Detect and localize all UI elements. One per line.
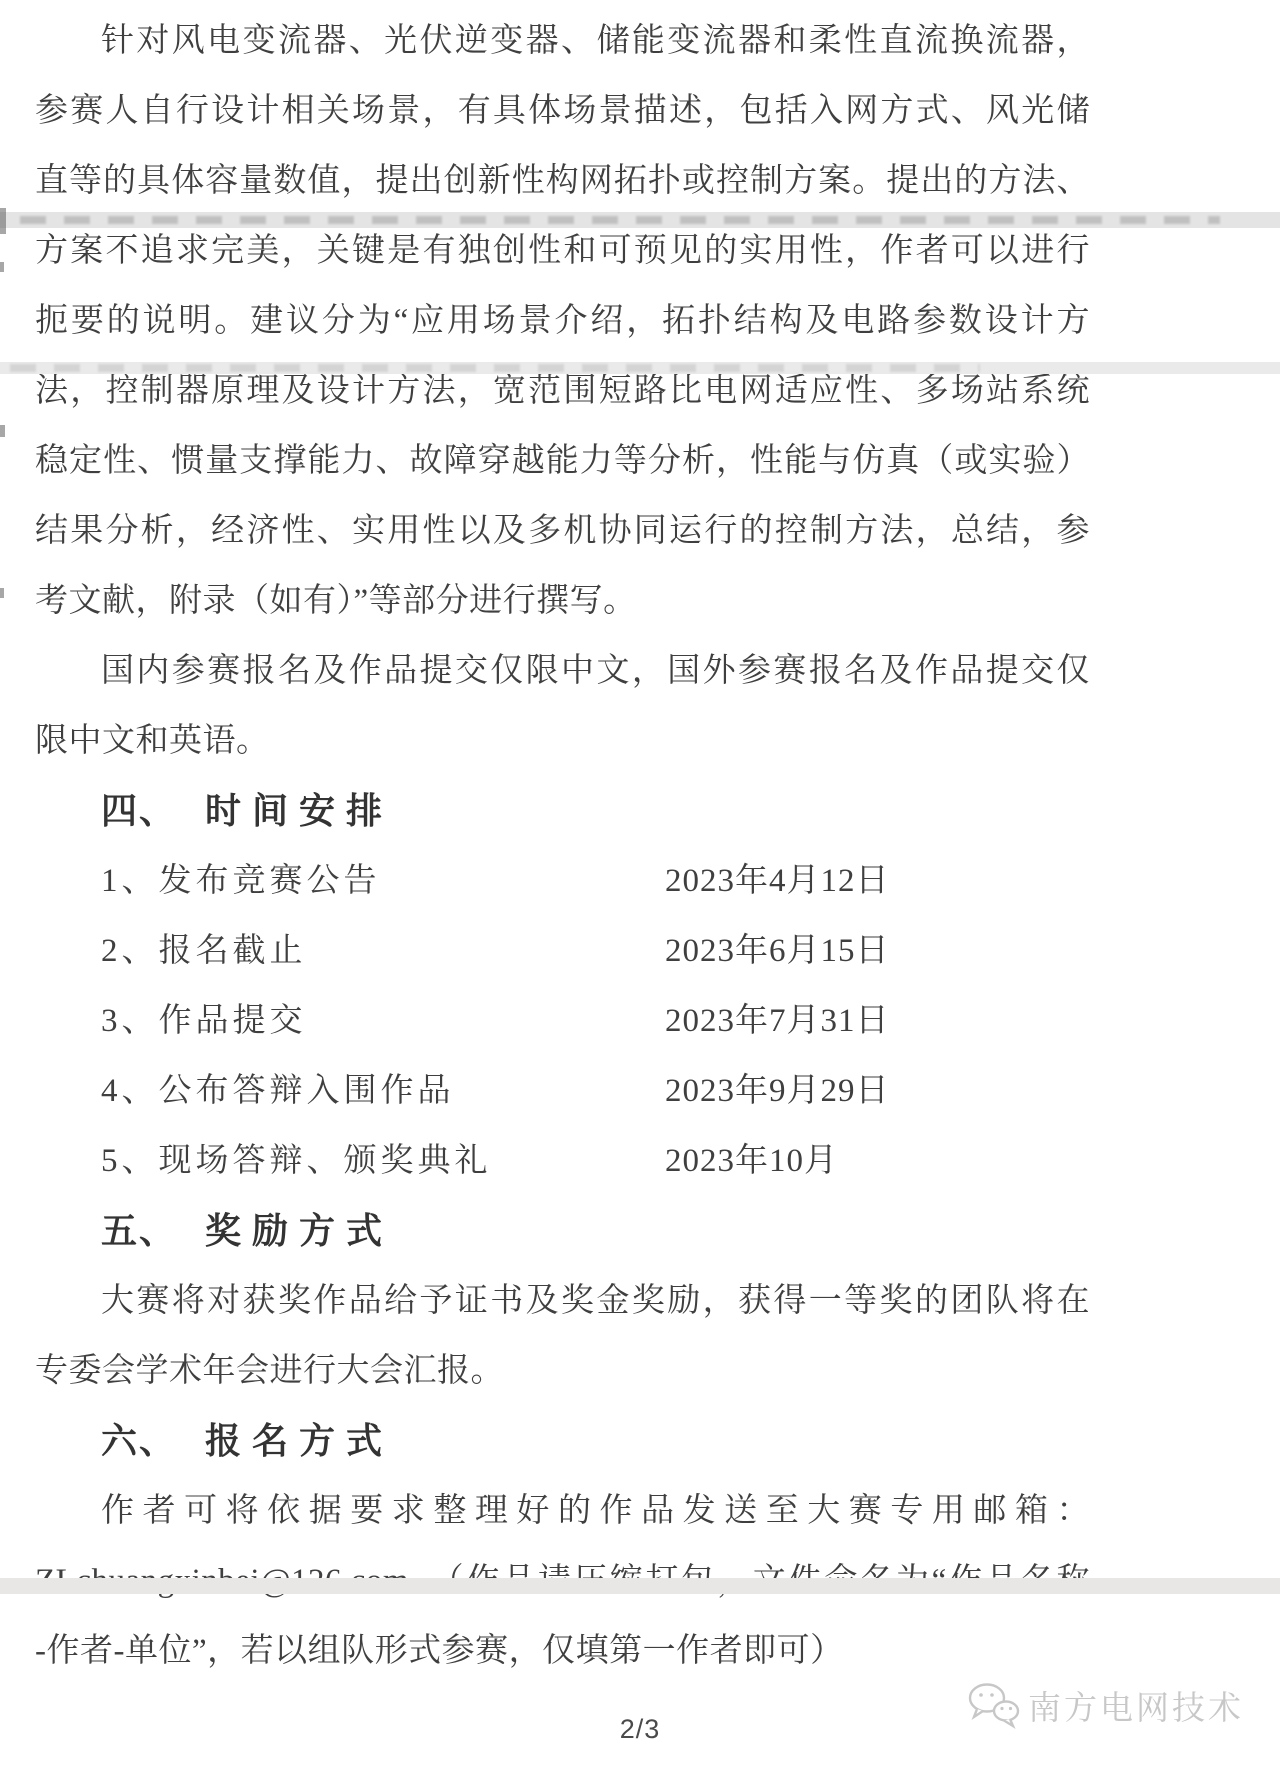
text-line: 国内参赛报名及作品提交仅限中文，国外参赛报名及作品提交仅 (35, 636, 1090, 706)
text-line: 扼要的说明。建议分为“应用场景介绍，拓扑结构及电路参数设计方 (35, 286, 1090, 356)
scan-edge-speck (0, 588, 4, 598)
section-number: 五、 (101, 1210, 177, 1251)
section-number: 四、 (101, 790, 177, 831)
schedule-row: 5、现场答辩、颁奖典礼 2023年10月 (35, 1126, 1090, 1196)
section-title: 奖励方式 (205, 1210, 393, 1251)
text-line: 针对风电变流器、光伏逆变器、储能变流器和柔性直流换流器， (35, 6, 1090, 76)
text-line: 参赛人自行设计相关场景，有具体场景描述，包括入网方式、风光储 (35, 76, 1090, 146)
text-line: 限中文和英语。 (35, 706, 1090, 776)
text-line: 大赛将对获奖作品给予证书及奖金奖励，获得一等奖的团队将在 (35, 1266, 1090, 1336)
section-heading-schedule: 四、时间安排 (35, 776, 1090, 846)
text-line: 考文献，附录（如有）”等部分进行撰写。 (35, 566, 1090, 636)
paragraph-language-requirement: 国内参赛报名及作品提交仅限中文，国外参赛报名及作品提交仅限中文和英语。 (35, 636, 1090, 776)
text-line: 直等的具体容量数值，提出创新性构网拓扑或控制方案。提出的方法、 (35, 146, 1090, 216)
schedule-item-date: 2023年7月31日 (665, 986, 890, 1056)
schedule-row: 4、公布答辩入围作品 2023年9月29日 (35, 1056, 1090, 1126)
watermark-label: 南方电网技术 (1028, 1682, 1244, 1729)
scan-ghost-text (10, 364, 980, 372)
text-line: -作者-单位”，若以组队形式参赛，仅填第一作者即可） (35, 1616, 1090, 1686)
schedule-item-label: 5、现场答辩、颁奖典礼 (101, 1143, 492, 1179)
schedule-item-label: 2、报名截止 (101, 933, 307, 969)
scan-ghost-text (20, 216, 1220, 224)
paragraph-contest-scope: 针对风电变流器、光伏逆变器、储能变流器和柔性直流换流器，参赛人自行设计相关场景，… (35, 6, 1090, 636)
text-line: 作者可将依据要求整理好的作品发送至大赛专用邮箱： (35, 1476, 1090, 1546)
schedule-item-date: 2023年9月29日 (665, 1056, 890, 1126)
schedule-row: 1、发布竞赛公告 2023年4月12日 (35, 846, 1090, 916)
scan-edge-speck (0, 262, 4, 272)
section-heading-awards: 五、奖励方式 (35, 1196, 1090, 1266)
scan-edge-speck (0, 425, 5, 437)
text-line: 稳定性、惯量支撑能力、故障穿越能力等分析，性能与仿真（或实验） (35, 426, 1090, 496)
scan-artifact-band (0, 1578, 1280, 1594)
schedule-row: 2、报名截止 2023年6月15日 (35, 916, 1090, 986)
text-line: 专委会学术年会进行大会汇报。 (35, 1336, 1090, 1406)
schedule-item-date: 2023年4月12日 (665, 846, 890, 916)
schedule-item-label: 1、发布竞赛公告 (101, 863, 381, 899)
section-heading-registration: 六、报名方式 (35, 1406, 1090, 1476)
document-page: 针对风电变流器、光伏逆变器、储能变流器和柔性直流换流器，参赛人自行设计相关场景，… (35, 6, 1090, 1686)
scan-artifact-band (0, 362, 1280, 374)
schedule-item-date: 2023年6月15日 (665, 916, 890, 986)
section-title: 时间安排 (205, 790, 393, 831)
paragraph-awards: 大赛将对获奖作品给予证书及奖金奖励，获得一等奖的团队将在专委会学术年会进行大会汇… (35, 1266, 1090, 1406)
scan-edge-speck (0, 208, 6, 234)
schedule-list: 1、发布竞赛公告 2023年4月12日 2、报名截止 2023年6月15日 3、… (35, 846, 1090, 1196)
section-number: 六、 (101, 1420, 177, 1461)
text-line: 结果分析，经济性、实用性以及多机协同运行的控制方法，总结，参 (35, 496, 1090, 566)
scan-artifact-band (0, 212, 1280, 228)
schedule-item-label: 3、作品提交 (101, 1003, 307, 1039)
section-title: 报名方式 (205, 1420, 393, 1461)
schedule-item-date: 2023年10月 (665, 1126, 838, 1196)
schedule-item-label: 4、公布答辩入围作品 (101, 1073, 455, 1109)
schedule-row: 3、作品提交 2023年7月31日 (35, 986, 1090, 1056)
watermark: 南方电网技术 (967, 1681, 1244, 1729)
wechat-icon (967, 1681, 1021, 1729)
